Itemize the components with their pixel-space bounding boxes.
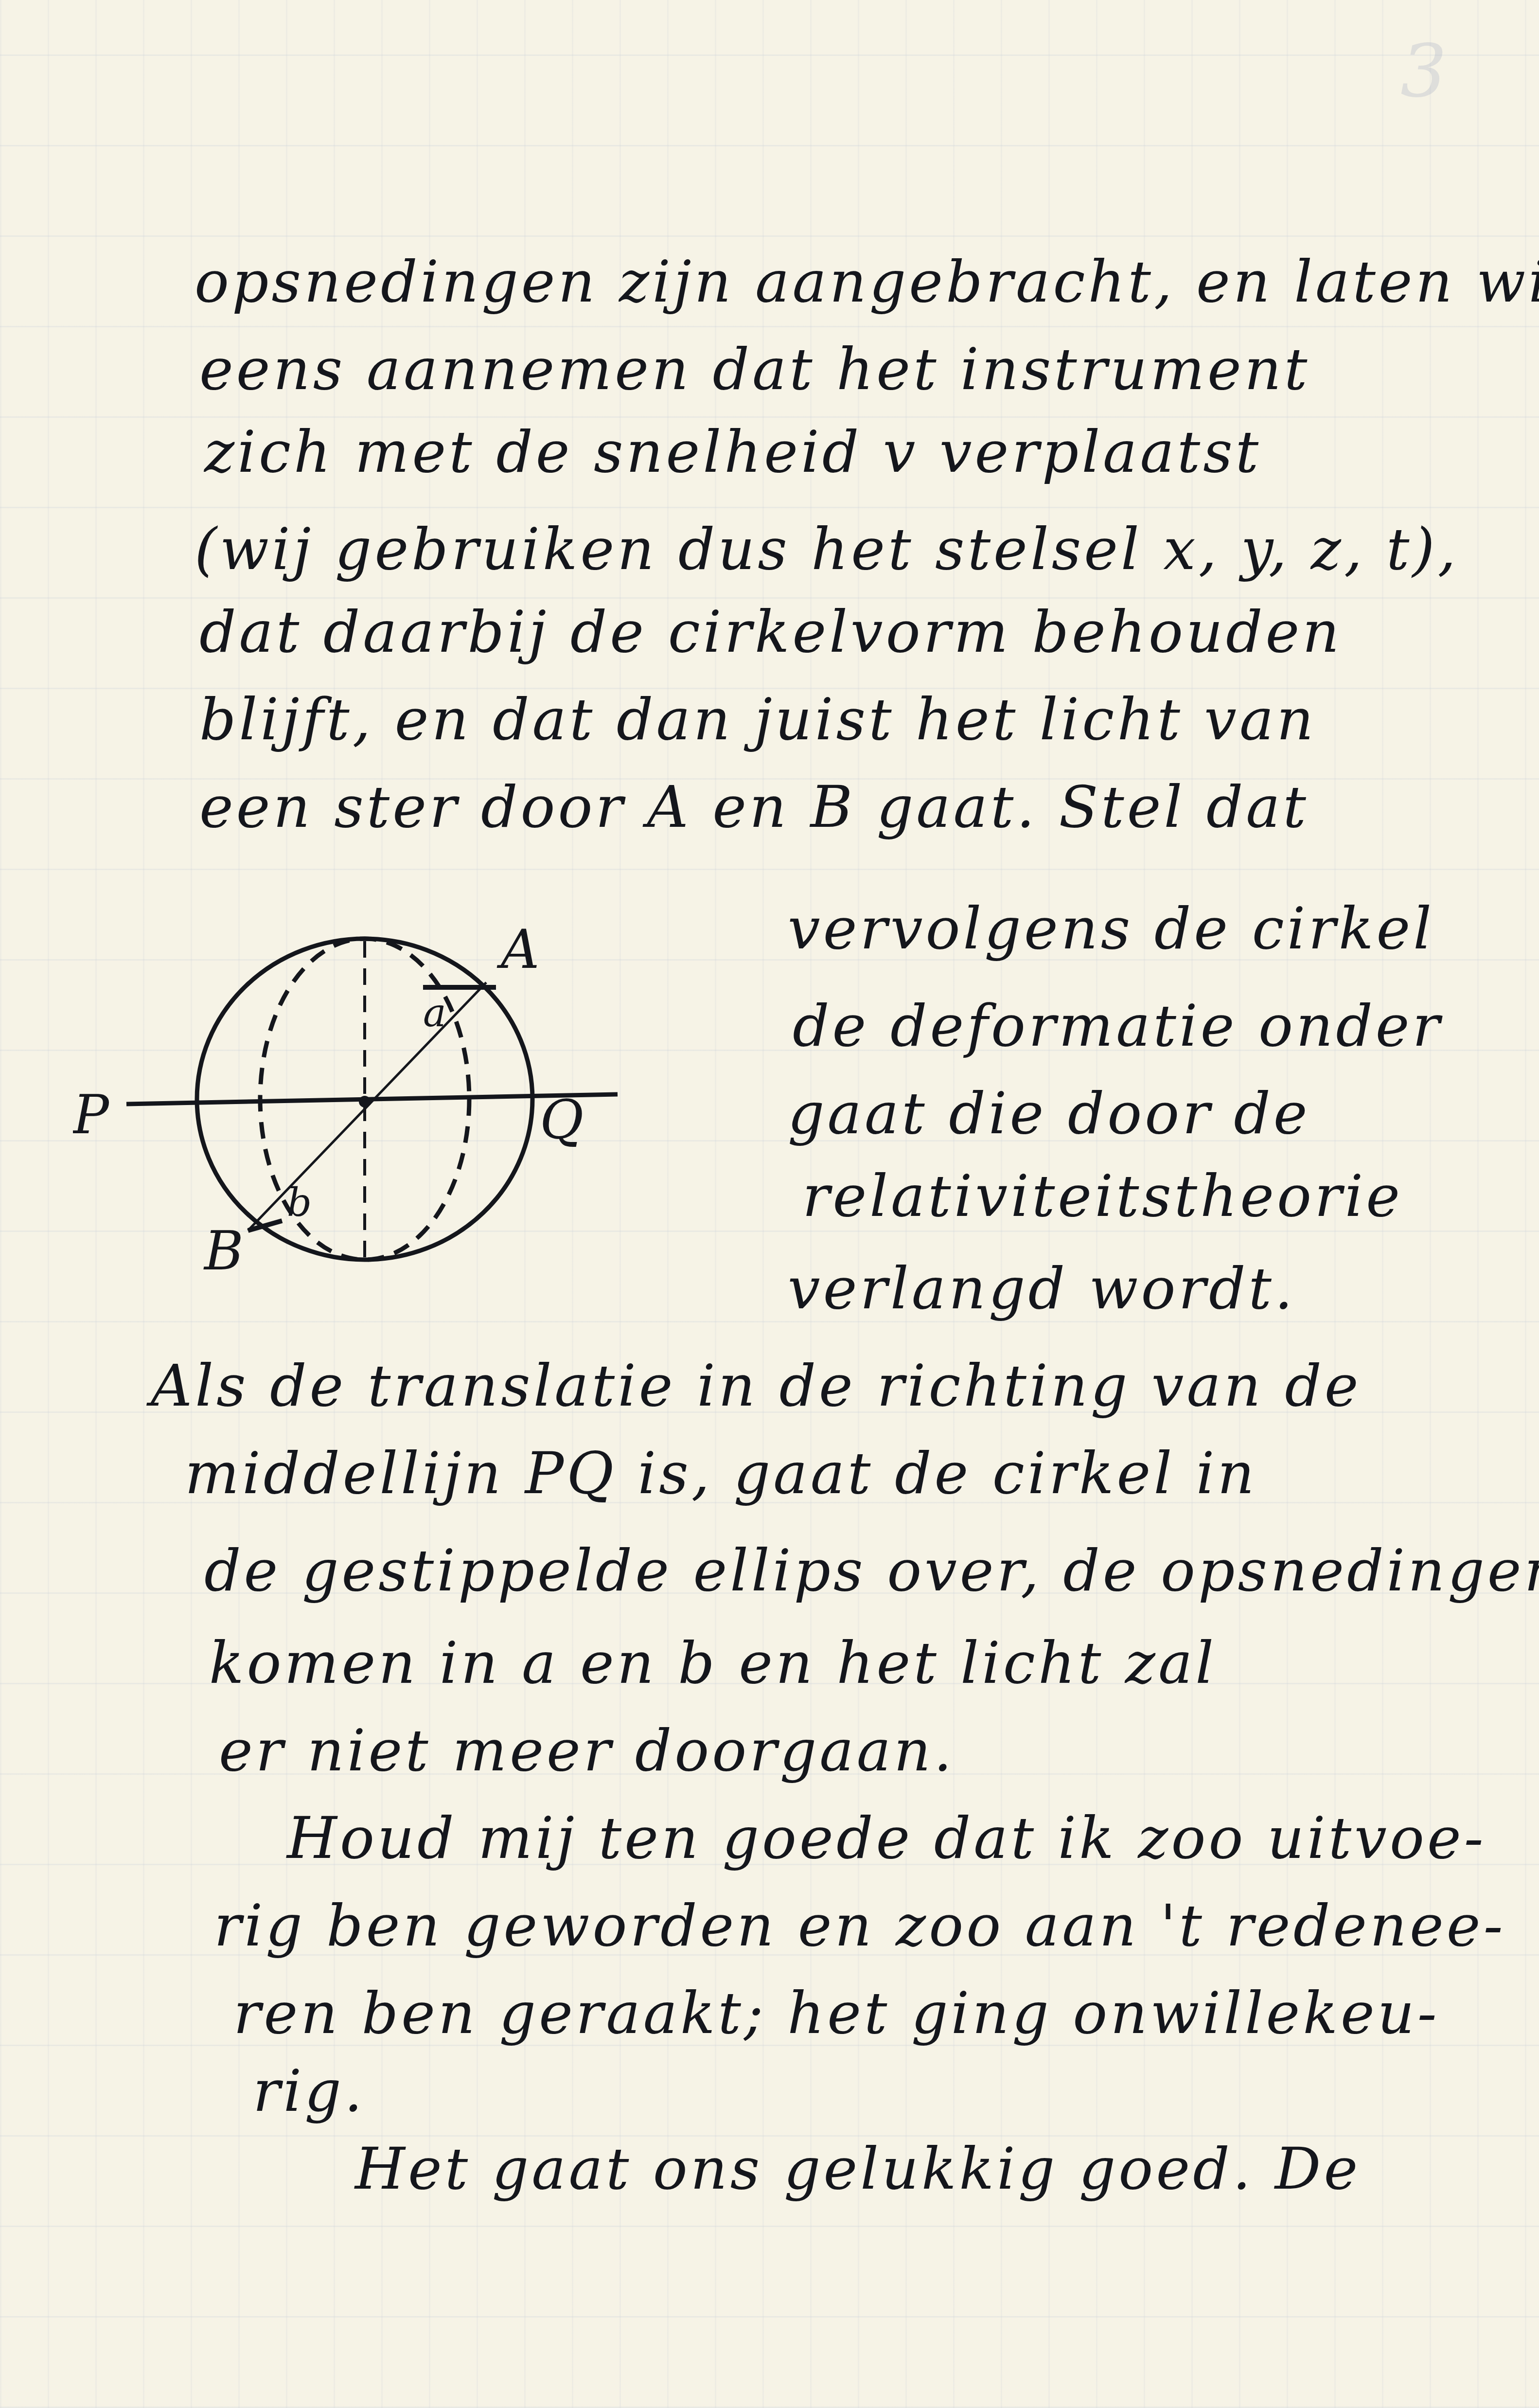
label-B: B — [203, 1220, 244, 1282]
text-line: gaat die door de — [788, 1085, 1310, 1142]
label-Q: Q — [540, 1088, 584, 1151]
text-line: Houd mij ten goede dat ik zoo uitvoe- — [287, 1809, 1486, 1867]
text-line: vervolgens de cirkel — [788, 900, 1434, 957]
text-line: Het gaat ons gelukkig goed. De — [355, 2140, 1361, 2197]
text-line: komen in a en b en het licht zal — [209, 1634, 1217, 1692]
text-line: eens aannemen dat het instrument — [199, 340, 1310, 398]
text-line: de gestippelde ellips over, de opsneding… — [204, 1542, 1539, 1599]
label-A: A — [496, 918, 539, 981]
text-line: verlangd wordt. — [788, 1260, 1296, 1317]
text-line: relativiteitstheorie — [802, 1167, 1403, 1225]
text-line: Als de translatie in de richting van de — [151, 1357, 1362, 1414]
page-number-bleedthrough: 3 — [1400, 29, 1447, 114]
text-line: blijft, en dat dan juist het licht van — [199, 691, 1316, 748]
text-line: een ster door A en B gaat. Stel dat — [199, 778, 1309, 836]
text-line: de deformatie onder — [793, 997, 1443, 1054]
label-b: b — [287, 1180, 312, 1225]
label-P: P — [73, 1084, 110, 1146]
text-line: zich met de snelheid v verplaatst — [204, 423, 1261, 481]
text-line: (wij gebruiken dus het stelsel x, y, z, … — [195, 520, 1459, 578]
text-line: middellijn PQ is, gaat de cirkel in — [185, 1445, 1257, 1502]
text-line: er niet meer doorgaan. — [219, 1722, 955, 1779]
text-line: ren ben geraakt; het ging onwillekeu- — [233, 1984, 1440, 2042]
center-point — [359, 1096, 371, 1107]
text-line: rig. — [253, 2062, 365, 2120]
circle-ellipse-diagram: A B P Q a b — [73, 895, 681, 1284]
text-line: opsnedingen zijn aangebracht, en laten w… — [195, 253, 1539, 310]
label-a: a — [423, 990, 446, 1035]
text-line: rig ben geworden en zoo aan 't redenee- — [214, 1897, 1506, 1954]
text-line: dat daarbij de cirkelvorm behouden — [199, 603, 1342, 660]
